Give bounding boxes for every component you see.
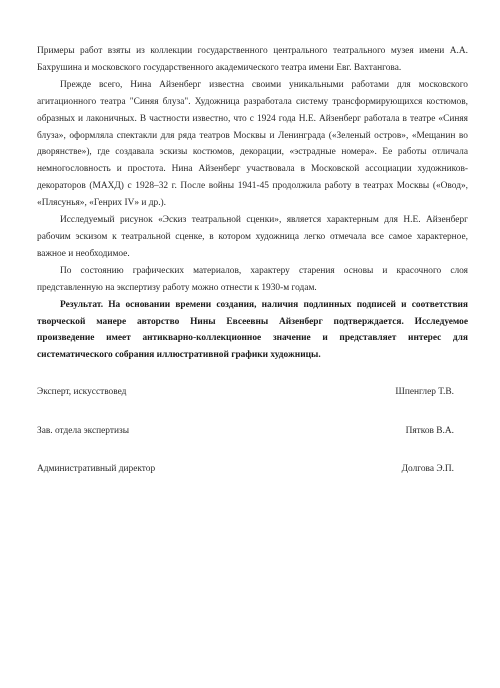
paragraph-sources: Примеры работ взяты из коллекции государ…	[37, 43, 468, 77]
paragraph-artwork: Исследуемый рисунок «Эскиз театральной с…	[37, 212, 468, 263]
signature-role: Эксперт, искусствовед	[37, 387, 126, 397]
signature-name: Долгова Э.П.	[402, 464, 454, 474]
signature-name: Пятков В.А.	[406, 426, 454, 436]
signature-role: Административный директор	[37, 464, 155, 474]
signature-row-director: Административный директор Долгова Э.П.	[37, 462, 454, 476]
paragraph-dating: По состоянию графических материалов, хар…	[37, 263, 468, 297]
signature-row-expert: Эксперт, искусствовед Шпенглер Т.В.	[37, 385, 454, 399]
paragraph-biography: Прежде всего, Нина Айзенберг известна св…	[37, 77, 468, 212]
signature-role: Зав. отдела экспертизы	[37, 426, 129, 436]
signature-row-head: Зав. отдела экспертизы Пятков В.А.	[37, 424, 454, 438]
document-body: Примеры работ взяты из коллекции государ…	[37, 43, 468, 364]
signature-name: Шпенглер Т.В.	[395, 387, 454, 397]
paragraph-result: Результат. На основании времени создания…	[37, 297, 468, 365]
